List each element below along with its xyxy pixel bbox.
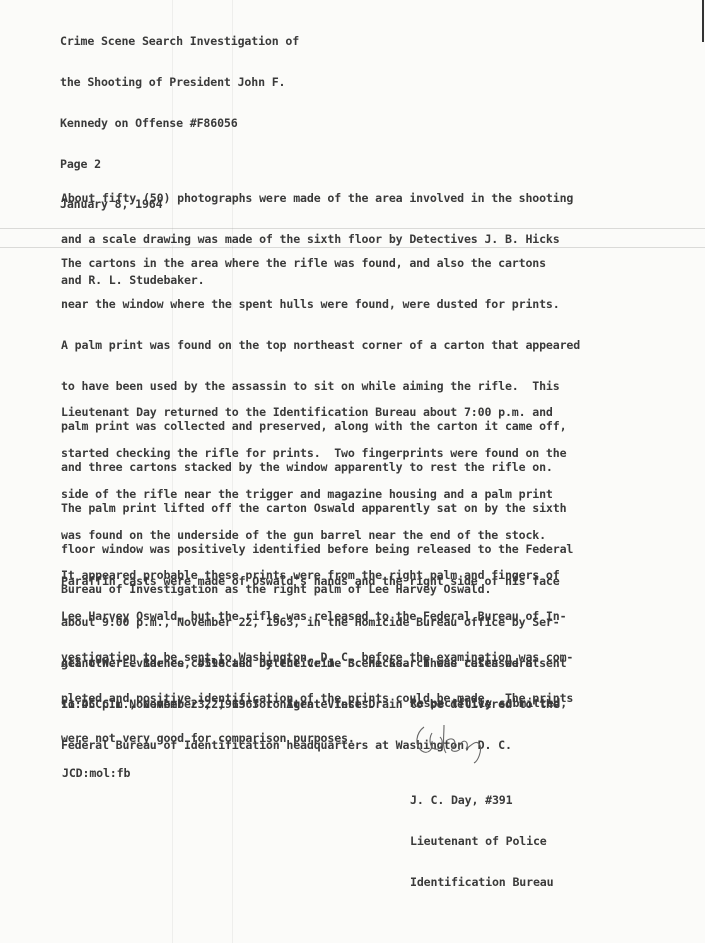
text-line: About fifty (50) photographs were made o… [61, 192, 573, 206]
text-line: side of the rifle near the trigger and m… [61, 488, 573, 502]
closing-salutation: Respectfully submitted, [410, 697, 567, 711]
page-edge-mark [702, 0, 704, 42]
text-line: Paraffin casts were made of Oswald's han… [61, 575, 566, 589]
text-line: started checking the rifle for prints. T… [61, 447, 573, 461]
text-line: was found on the underside of the gun ba… [61, 529, 573, 543]
header-line: Crime Scene Search Investigation of [60, 35, 299, 49]
signer-name: J. C. Day, #391 [410, 794, 553, 808]
text-line: about 9:00 p.m., November 22, 1963, in t… [61, 616, 566, 630]
signer-title: Lieutenant of Police [410, 835, 553, 849]
signer-bureau: Identification Bureau [410, 876, 553, 890]
header-line: the Shooting of President John F. [60, 76, 299, 90]
signature-icon [410, 715, 500, 765]
text-line: Lieutenant Day returned to the Identific… [61, 406, 573, 420]
text-line: near the window where the spent hulls we… [61, 298, 580, 312]
header-line: Kennedy on Offense #F86056 [60, 117, 299, 131]
reference-initials: JCD:mol:fb [62, 767, 130, 781]
document-page: Crime Scene Search Investigation of the … [0, 0, 705, 943]
text-line: The cartons in the area where the rifle … [61, 257, 580, 271]
text-line: All other evidence collected by the Crim… [61, 657, 560, 671]
text-line: A palm print was found on the top northe… [61, 339, 580, 353]
signature-block: J. C. Day, #391 Lieutenant of Police Ide… [410, 767, 553, 917]
